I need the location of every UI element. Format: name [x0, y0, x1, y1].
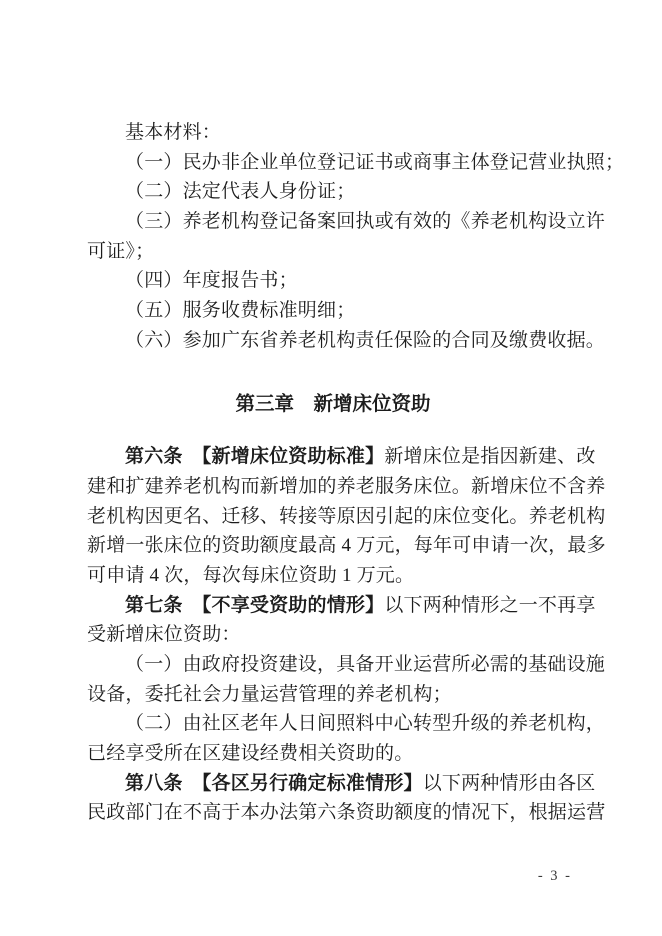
text-line: 基本材料： [87, 118, 579, 148]
text-line: （五）服务收费标准明细； [87, 296, 579, 326]
article-title-bold: 第八条 【各区另行确定标准情形】 [125, 773, 423, 794]
text-line: （二）法定代表人身份证； [87, 177, 579, 207]
page-number: - 3 - [538, 868, 572, 885]
article-title-bold: 第七条 【不享受资助的情形】 [125, 595, 384, 616]
text-line: 民政部门在不高于本办法第六条资助额度的情况下，根据运营 [87, 798, 579, 828]
text-line: （一）民办非企业单位登记证书或商事主体登记营业执照； [87, 148, 579, 178]
text-line: 设备，委托社会力量运营管理的养老机构； [87, 680, 579, 710]
text-line: 老机构因更名、迁移、转接等原因引起的床位变化。养老机构 [87, 502, 579, 532]
text-line: 可证》； [87, 237, 579, 267]
text-line: 已经享受所在区建设经费相关资助的。 [87, 739, 579, 769]
text-line: （四）年度报告书； [87, 266, 579, 296]
document-page: 基本材料： （一）民办非企业单位登记证书或商事主体登记营业执照； （二）法定代表… [0, 0, 662, 936]
article-lead-line: 第七条 【不享受资助的情形】以下两种情形之一不再享 [87, 591, 579, 621]
chapter-heading: 第三章 新增床位资助 [87, 390, 579, 420]
article-text: 以下两种情形之一不再享 [384, 595, 595, 616]
article-lead-line: 第八条 【各区另行确定标准情形】以下两种情形由各区 [87, 769, 579, 799]
article-text: 新增床位是指因新建、改 [384, 446, 595, 467]
text-line: 建和扩建养老机构而新增加的养老服务床位。新增床位不含养 [87, 472, 579, 502]
text-line: （三）养老机构登记备案回执或有效的《养老机构设立许 [87, 207, 579, 237]
text-line: （一）由政府投资建设，具备开业运营所必需的基础设施 [87, 650, 579, 680]
text-line: 新增一张床位的资助额度最高 4 万元，每年可申请一次，最多 [87, 531, 579, 561]
article-lead-line: 第六条 【新增床位资助标准】新增床位是指因新建、改 [87, 442, 579, 472]
text-line: （二）由社区老年人日间照料中心转型升级的养老机构， [87, 709, 579, 739]
article-text: 以下两种情形由各区 [423, 773, 596, 794]
text-line: 受新增床位资助： [87, 620, 579, 650]
text-line: （六）参加广东省养老机构责任保险的合同及缴费收据。 [87, 326, 579, 356]
document-body: 基本材料： （一）民办非企业单位登记证书或商事主体登记营业执照； （二）法定代表… [87, 118, 579, 828]
article-title-bold: 第六条 【新增床位资助标准】 [125, 446, 384, 467]
text-line: 可申请 4 次，每次每床位资助 1 万元。 [87, 561, 579, 591]
